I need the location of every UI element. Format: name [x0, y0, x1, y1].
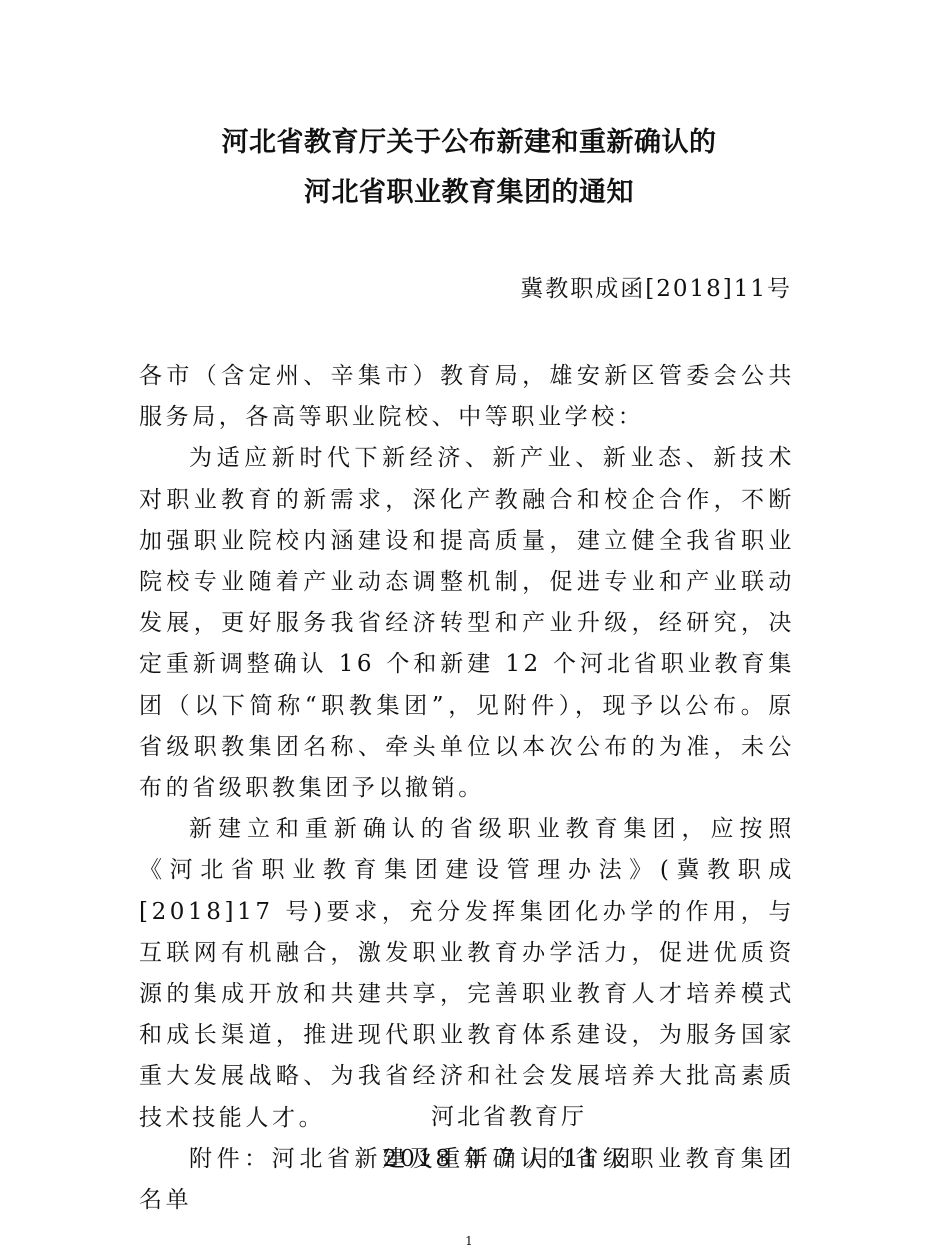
salutation: 各市（含定州、辛集市）教育局，雄安新区管委会公共服务局，各高等职业院校、中等职业…: [139, 356, 795, 438]
document-title-line-1: 河北省教育厅关于公布新建和重新确认的: [0, 120, 938, 159]
paragraph-2: 新建立和重新确认的省级职业教育集团，应按照《河北省职业教育集团建设管理办法》(冀…: [139, 809, 795, 1139]
paragraph-1: 为适应新时代下新经济、新产业、新业态、新技术对职业教育的新需求，深化产教融合和校…: [139, 438, 795, 809]
page-number: 1: [0, 1234, 938, 1248]
signature-org: 河北省教育厅: [40, 1098, 938, 1131]
signature-date: 2018 年 7 月 11 日: [40, 1140, 938, 1173]
document-title-line-2: 河北省职业教育集团的通知: [0, 170, 938, 209]
document-number: 冀教职成函[2018]11号: [520, 270, 792, 303]
document-body: 各市（含定州、辛集市）教育局，雄安新区管委会公共服务局，各高等职业院校、中等职业…: [139, 356, 795, 1221]
